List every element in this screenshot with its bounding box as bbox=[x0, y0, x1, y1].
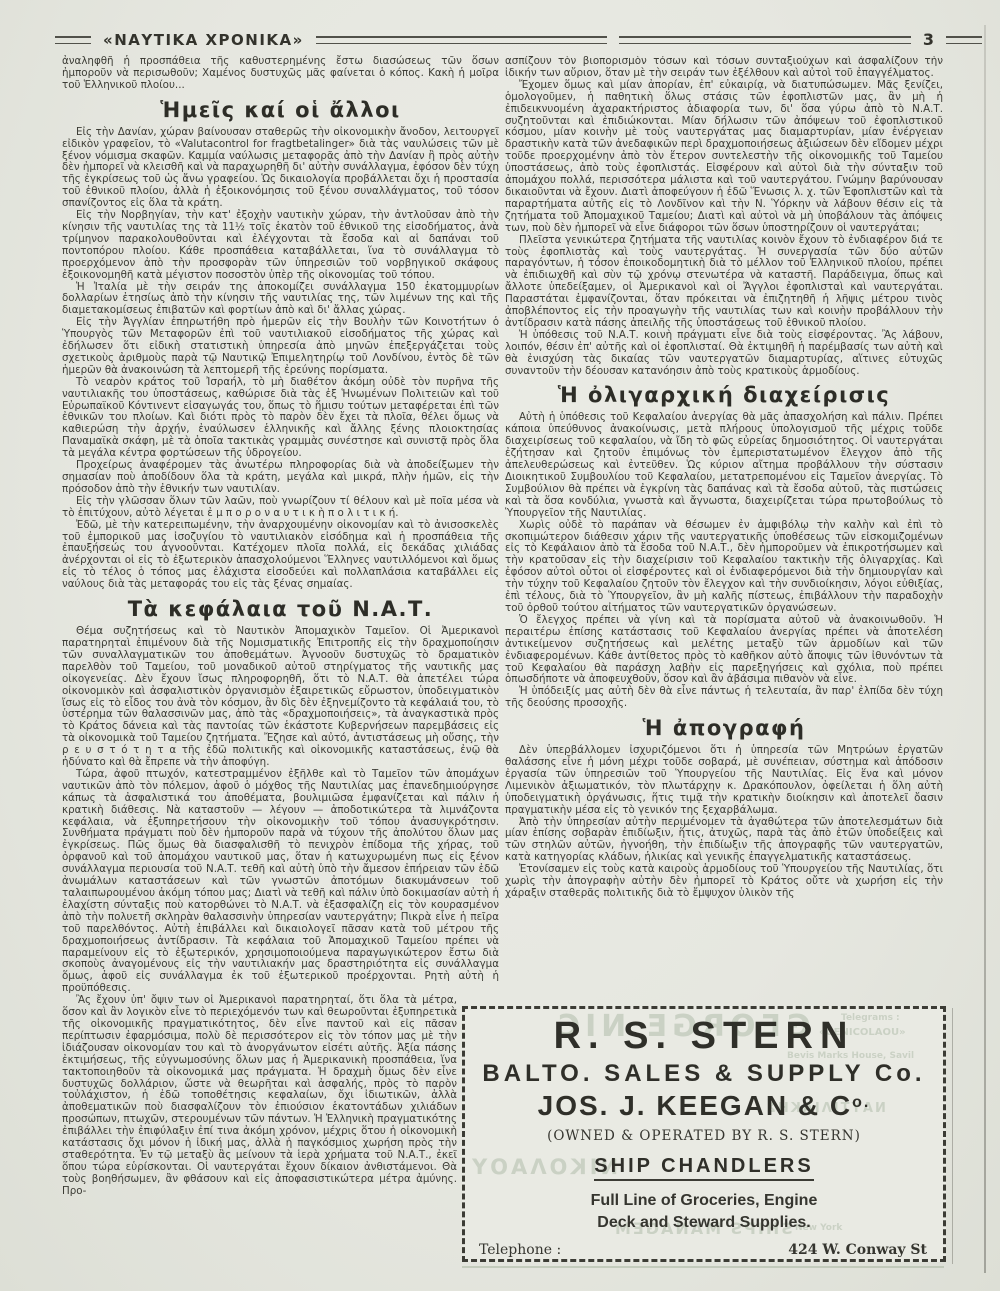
section-heading: Ἡ ἀπογραφή bbox=[505, 716, 943, 741]
paragraph: Ὁ ἔλεγχος πρέπει νὰ γίνη καὶ τὰ πορίσματ… bbox=[505, 615, 943, 686]
page-header: «ΝΑΥΤΙΚΑ ΧΡΟΝΙΚΑ» 3 bbox=[55, 30, 982, 49]
paragraph: ασπίζουν τὸν βιοπορισμὸν τόσων καὶ τόσων… bbox=[505, 56, 943, 80]
ad-description-line-2: Deck and Steward Supplies. bbox=[465, 1212, 943, 1234]
ad-telephone: Telephone : Plaza 4700 bbox=[479, 1241, 561, 1262]
paragraph: Χωρὶς οὐδὲ τὸ παράπαν νὰ θέσωμεν ἐν ἀμφι… bbox=[505, 520, 943, 615]
paragraph: Εἰς τὴν Δανίαν, χώραν βαίνουσαν σταθερῶς… bbox=[62, 127, 499, 210]
paragraph: Θέμα συζητήσεως καὶ τὸ Ναυτικὸν Ἀπομαχικ… bbox=[62, 626, 499, 769]
paragraph: Δὲν ὑπερβάλλομεν ἰσχυριζόμενοι ὅτι ἡ ὑπη… bbox=[505, 745, 943, 816]
paragraph: Εἰς τὴν γλῶσσαν ὅλων τῶν λαῶν, ποὺ γνωρί… bbox=[62, 496, 499, 520]
paragraph: Εἰς τὴν Ἀγγλίαν ἐπηρωτήθη πρὸ ἡμερῶν εἰς… bbox=[62, 317, 499, 377]
masthead-title: «ΝΑΥΤΙΚΑ ΧΡΟΝΙΚΑ» bbox=[103, 31, 304, 49]
ad-address: 424 W. Conway St BALTIMORE 30, M. bbox=[774, 1241, 927, 1262]
section-heading: Ἡμεῖς καί οἱ ἄλλοι bbox=[62, 98, 499, 123]
section-heading: Τὰ κεφάλαια τοῦ Ν.Α.Τ. bbox=[62, 597, 499, 622]
paragraph: Προχείρως ἀναφέρομεν τὰς ἀνωτέρω πληροφο… bbox=[62, 460, 499, 496]
page-number: 3 bbox=[923, 30, 934, 49]
paragraph: Πλεῖστα γενικώτερα ζητήματα τῆς ναυτιλία… bbox=[505, 235, 943, 330]
bleed-line-under-ad bbox=[462, 1266, 944, 1268]
paragraph: Τὸ νεαρὸν κράτος τοῦ Ἰσραήλ, τὸ μὴ διαθέ… bbox=[62, 377, 499, 460]
header-rule-mid-2 bbox=[619, 36, 911, 44]
ad-category-ship-chandlers: SHIP CHANDLERS bbox=[594, 1155, 813, 1181]
paragraph: Ἔχομεν ὅμως καὶ μίαν ἀπορίαν, ἐπ' εὐκαιρ… bbox=[505, 80, 943, 235]
page-scan-edge bbox=[984, 25, 986, 1273]
text-column-left: ἀναληφθῆ ἡ προσπάθεια τῆς καθυστερημένης… bbox=[62, 56, 499, 1198]
paragraph: Ἀπὸ τὴν ὑπηρεσίαν αὐτὴν περιμένομεν τὰ ἀ… bbox=[505, 817, 943, 865]
ad-ownership-note: (OWNED & OPERATED BY R. S. STERN) bbox=[465, 1128, 943, 1144]
ad-address-city: BALTIMORE 30, M. bbox=[774, 1259, 927, 1262]
paragraph: Ἡ Ἰταλία μὲ τὴν σειράν της ἀποκομίζει συ… bbox=[62, 282, 499, 318]
paragraph: Ἂς ἔχουν ὑπ' ὄψιν των οἱ Ἀμερικανοὶ παρα… bbox=[62, 995, 457, 1197]
paragraph: ἀναληφθῆ ἡ προσπάθεια τῆς καθυστερημένης… bbox=[62, 56, 499, 92]
paragraph: Ἐτονίσαμεν εἰς τοὺς κατὰ καιροὺς ἁρμοδίο… bbox=[505, 864, 943, 900]
paragraph: Ἐδῶ, μὲ τὴν κατερειπωμένην, τὴν ἀναρχουμ… bbox=[62, 520, 499, 591]
ad-company-name-balto: BALTO. SALES & SUPPLY Co. bbox=[465, 1060, 943, 1088]
ad-description-line-1: Full Line of Groceries, Engine bbox=[465, 1190, 943, 1212]
paragraph: Εἰς τὴν Νορβηγίαν, τὴν κατ' ἐξοχὴν ναυτι… bbox=[62, 210, 499, 281]
section-heading: Ἡ ὀλιγαρχική διαχείρισις bbox=[505, 383, 943, 408]
advertisement-rs-stern: GEORGE NICTelegrams :«GENICOLAOU»Bevis M… bbox=[462, 1006, 946, 1262]
ad-telephone-label: Telephone : bbox=[479, 1241, 561, 1259]
paragraph: Τώρα, ἀφοῦ πτωχόν, κατεστραμμένον ἐξῆλθε… bbox=[62, 769, 499, 995]
ad-address-street: 424 W. Conway St bbox=[774, 1241, 927, 1259]
page-fold-line bbox=[952, 1008, 953, 1264]
paragraph: Αὐτὴ ἡ ὑπόθεσις τοῦ Κεφαλαίου ἀνεργίας θ… bbox=[505, 412, 943, 519]
text-column-right: ασπίζουν τὸν βιοπορισμὸν τόσων καὶ τόσων… bbox=[505, 56, 943, 1008]
ad-telephone-number: Plaza 4700 bbox=[479, 1259, 561, 1262]
header-rule-left bbox=[55, 36, 91, 44]
ad-keegan-superscript: o. bbox=[852, 1094, 870, 1111]
ad-company-name-stern: R. S. STERN bbox=[465, 1015, 943, 1058]
header-rule-mid-1 bbox=[316, 36, 608, 44]
newspaper-page: «ΝΑΥΤΙΚΑ ΧΡΟΝΙΚΑ» 3 ἀναληφθῆ ἡ προσπάθει… bbox=[0, 0, 1000, 1291]
ad-company-name-keegan: JOS. J. KEEGAN & Co. bbox=[465, 1090, 943, 1122]
paragraph: Ἡ ὑπόδειξίς μας αὐτὴ δὲν θὰ εἶνε πάντως … bbox=[505, 686, 943, 710]
ad-description: Full Line of Groceries, Engine Deck and … bbox=[465, 1190, 943, 1234]
header-rule-right bbox=[946, 36, 982, 44]
paragraph: Ἡ ὑπόθεσις τοῦ Ν.Α.Τ. κοινὴ πράγματι εἶν… bbox=[505, 330, 943, 378]
